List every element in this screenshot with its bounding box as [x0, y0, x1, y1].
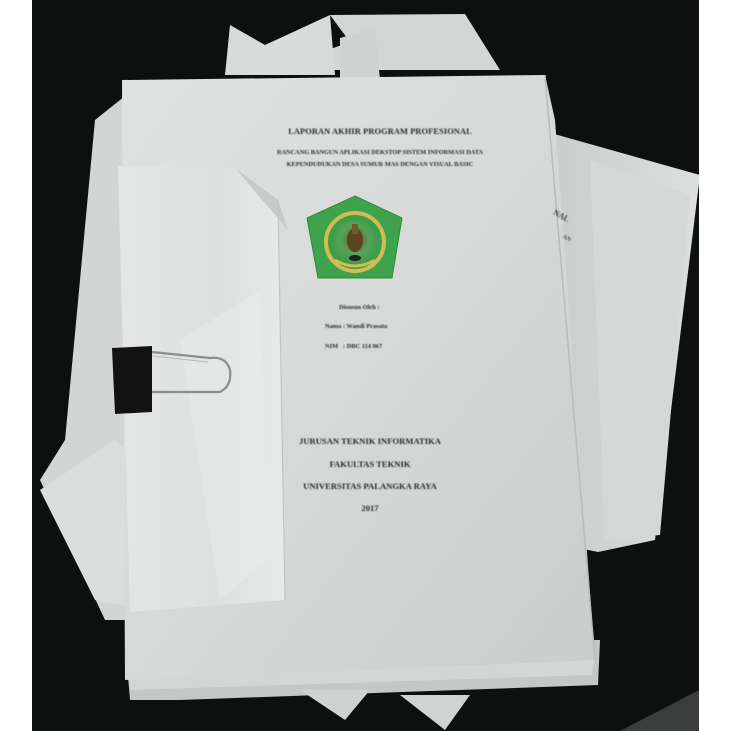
- department-line: JURUSAN TEKNIK INFORMATIKA: [270, 436, 470, 446]
- cover-subtitle-line-1: RANCANG BANGUN APLIKASI DEKSTOP SISTEM I…: [215, 149, 545, 156]
- prepared-by-label: Disusun Oleh :: [339, 304, 380, 311]
- year-line: 2017: [270, 503, 470, 513]
- faculty-line: FAKULTAS TEKNIK: [270, 459, 470, 469]
- author-nim: NIM : DBC 114 067: [325, 343, 382, 350]
- cover-title: LAPORAN AKHIR PROGRAM PROFESIONAL: [230, 127, 530, 136]
- author-name: Nama : Wandi Prasata: [325, 323, 387, 330]
- photo: LAPORAN AKHIR PROGRAM PROFESIONAL RANCAN…: [32, 0, 699, 731]
- paper-stack-scene: [32, 0, 699, 731]
- cover-subtitle-line-2: KEPENDUDUKAN DESA SUMUR MAS DENGAN VISUA…: [230, 161, 530, 168]
- university-line: UNIVERSITAS PALANGKA RAYA: [270, 481, 470, 491]
